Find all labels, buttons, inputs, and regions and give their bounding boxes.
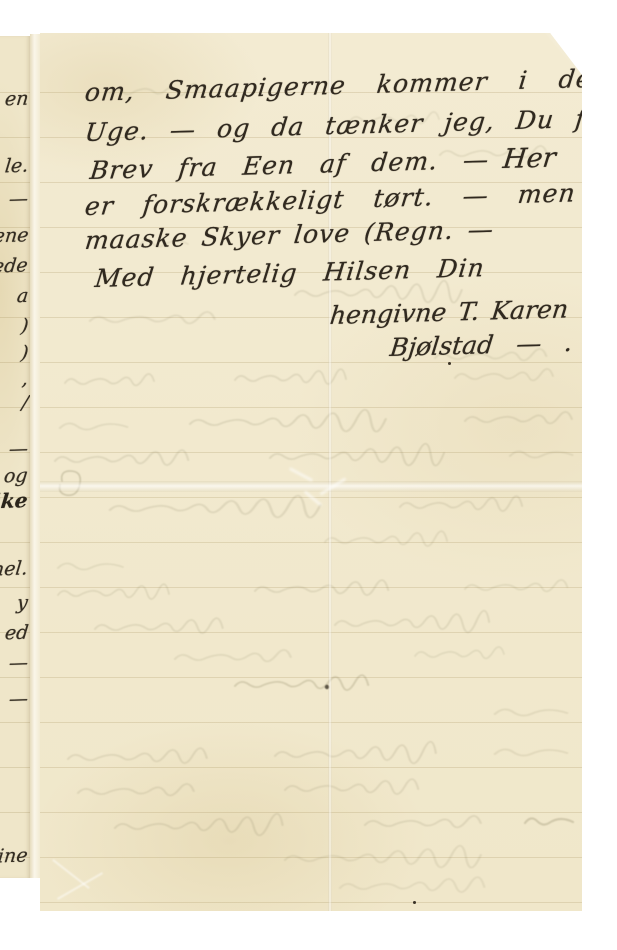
handwriting-fragment: — — [8, 438, 29, 461]
handwriting-fragment: ed — [3, 622, 29, 645]
horizontal-fold-crease — [40, 481, 582, 492]
ink-speck — [413, 901, 416, 904]
handwriting-fragment: ede — [0, 254, 29, 277]
adjacent-page-edge: en le. — vene ede a ) ) , / — og bäke ne… — [0, 36, 30, 878]
handwriting-fragment: — — [8, 652, 29, 675]
handwriting-fragment: — — [8, 688, 29, 711]
handwriting-fragment: / — [20, 392, 29, 414]
handwriting-fragment: — — [8, 188, 29, 211]
scanned-letter: en le. — vene ede a ) ) , / — og bäke ne… — [0, 0, 617, 950]
handwriting-fragment: y — [16, 592, 29, 614]
handwriting-fragment: a — [15, 285, 29, 307]
handwriting-fragment: ) — [19, 315, 29, 337]
handwriting-fragment: le. — [3, 155, 29, 178]
signature-line-2: Bjølstad — . — [388, 328, 574, 363]
letter-word-her: Her — [501, 144, 557, 175]
page-gutter-shadow — [30, 34, 40, 878]
handwriting-fragment: vene — [0, 224, 29, 248]
letter-page: om, Smaapigerne kommer i denne Uge. — og… — [40, 33, 582, 911]
handwriting-fragment: bäke — [0, 489, 29, 513]
ink-speck — [448, 362, 451, 365]
handwriting-fragment: ine — [0, 844, 29, 867]
handwriting-fragment: en — [3, 88, 29, 111]
handwriting-fragment: og — [3, 465, 29, 488]
handwriting-fragment: nel. — [0, 557, 29, 580]
handwriting-fragment: ) — [19, 342, 29, 364]
handwriting-fragment: , — [21, 368, 29, 390]
